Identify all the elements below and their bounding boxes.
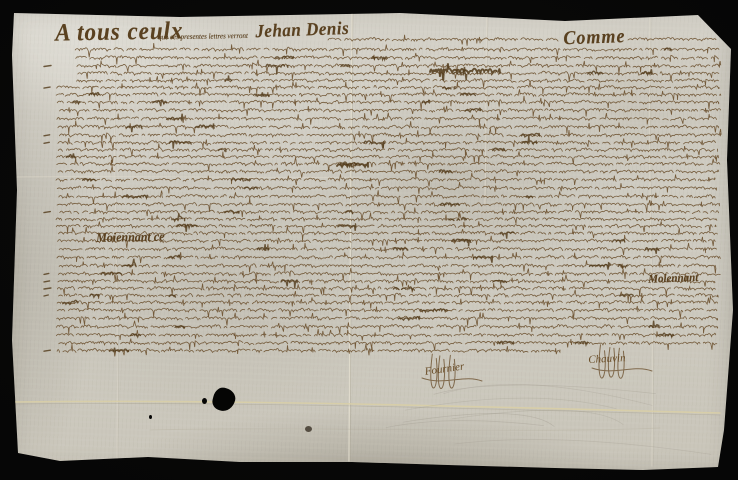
body-text-scribble (56, 35, 721, 357)
wrinkle-line (452, 410, 623, 424)
wrinkle-line (405, 398, 616, 410)
fold-crease-horizontal (16, 176, 362, 177)
wrinkle-line (455, 440, 711, 455)
calligraphy-subscript-presentes-lettres: que ces presentes lettres verront (158, 31, 248, 41)
notary-signature-right: Chauvin (588, 352, 626, 366)
photo-black-background: A tous ceulx que ces presentes lettres v… (0, 0, 738, 480)
wrinkle-line (434, 385, 656, 394)
calligraphy-moiennant: Moiennant (648, 271, 699, 286)
parchment-hole (202, 398, 207, 404)
calligraphy-moiennant-ce: Moiennant ce (96, 229, 165, 246)
wrinkle-line (444, 384, 653, 405)
calligraphy-comme: Comme (563, 25, 626, 50)
parchment-hole (149, 415, 152, 419)
fold-crease-shadow (14, 403, 720, 415)
fold-crease-horizontal (150, 428, 660, 430)
wrinkle-line (386, 421, 543, 428)
ink-stain (305, 426, 312, 432)
calligraphy-name-jehan-denis: Jehan Denis (255, 18, 350, 43)
